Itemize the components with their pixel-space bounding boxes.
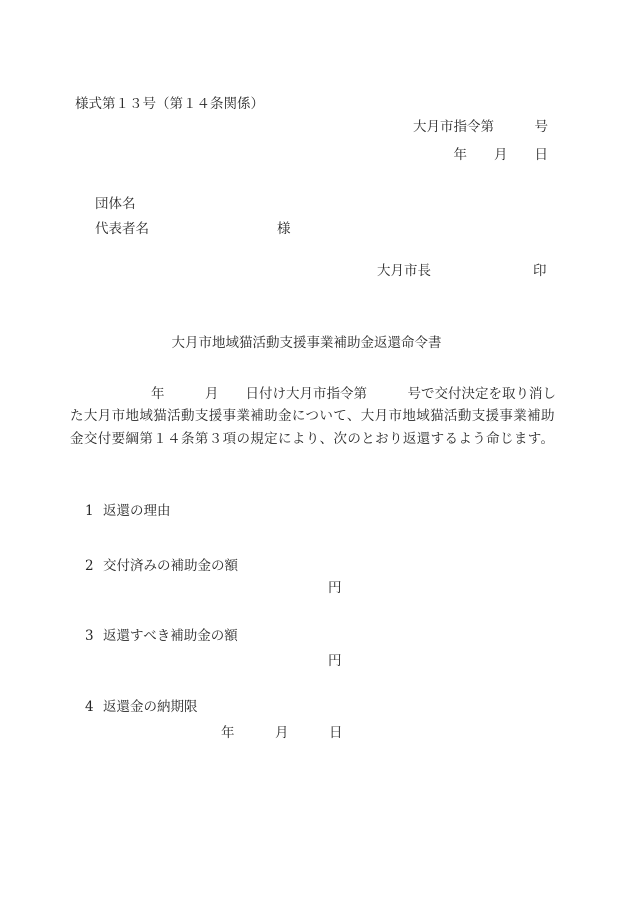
honorific-sama: 様 [277, 223, 291, 237]
issue-date-line: 年 月 日 [0, 149, 548, 163]
representative-label: 代表者名 [95, 223, 149, 237]
body-paragraph-line-1: 年 月 日付け大月市指令第 号で交付決定を取り消し [70, 388, 556, 402]
document-page: 様式第１３号（第１４条関係） 大月市指令第 号 年 月 日 団体名 代表者名 様… [0, 0, 630, 903]
item-3-yen-unit: 円 [328, 655, 342, 669]
item-2-row: 2 交付済みの補助金の額 [0, 560, 630, 614]
document-title: 大月市地域猫活動支援事業補助金返還命令書 [0, 337, 613, 351]
body-paragraph-line-2: た大月市地域猫活動支援事業補助金について、大月市地域猫活動支援事業補助 [70, 410, 555, 424]
item-3-label: 返還すべき補助金の額 [103, 630, 238, 644]
item-1-number: 1 [85, 505, 94, 519]
item-4-label: 返還金の納期限 [103, 701, 198, 715]
form-number: 様式第１３号（第１４条関係） [75, 98, 264, 112]
item-2-label: 交付済みの補助金の額 [103, 560, 238, 574]
directive-number-line: 大月市指令第 号 [0, 121, 548, 135]
item-1-row: 1 返還の理由 [0, 505, 630, 559]
item-3-row: 3 返還すべき補助金の額 [0, 630, 630, 684]
issuer-line: 大月市長 印 [0, 265, 630, 319]
issuer-title: 大月市長 [377, 265, 431, 279]
issuer-seal-mark: 印 [533, 265, 547, 279]
item-1-label: 返還の理由 [103, 505, 171, 519]
body-paragraph-line-3: 金交付要綱第１４条第３項の規定により、次のとおり返還するよう命じます。 [70, 433, 554, 447]
item-4-due-date-line: 年 月 日 [221, 727, 343, 741]
item-2-number: 2 [85, 560, 94, 574]
item-2-yen-unit: 円 [328, 582, 342, 596]
item-4-number: 4 [85, 701, 94, 715]
item-3-number: 3 [85, 630, 94, 644]
recipient-group-label: 団体名 [95, 198, 136, 212]
